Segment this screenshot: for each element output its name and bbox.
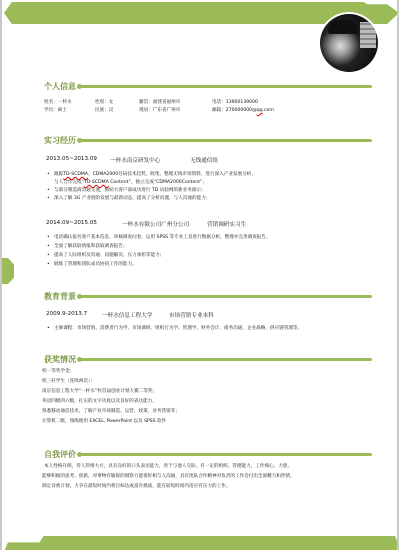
edu-courses: 主修课程：市场营销、消费者行为学、市场调研、组织行为学、管理学、财务会计、商务沟… bbox=[54, 325, 302, 332]
self-eval-line: 本人性格开朗，待人热情大方，具有良好的口头表达能力，善于与他人交际，有一定的组织… bbox=[44, 463, 292, 470]
section-title: 自我评价 bbox=[44, 449, 76, 460]
section-header-personal: 个人信息 bbox=[44, 81, 192, 92]
edu-major: 市场营销专业本科 bbox=[169, 311, 214, 319]
job-bullet: 锻炼了管理和团队成员协同工作的能力。 bbox=[54, 261, 137, 268]
job-bullet: 全面了解获取情报和获取调查报告； bbox=[54, 243, 128, 250]
education-field: 学历：硕士 bbox=[44, 107, 67, 114]
section-divider bbox=[80, 453, 372, 456]
award-item: 校一等奖学金； bbox=[42, 368, 74, 375]
self-eval-line: 能够积极的思考、创新，对事物有敏锐的洞察力能很好相与人沟通，具有团队合作精神对负… bbox=[42, 473, 295, 480]
section-header-internship: 实习经历 bbox=[44, 135, 192, 146]
section-divider bbox=[80, 139, 372, 142]
award-item: 计算机二级，熟练使用 EXCEL, PowerPoint 以及 SPSS 软件 bbox=[42, 418, 166, 425]
job-period: 2014.09~2015.05 bbox=[46, 220, 97, 226]
bullet-term: TD-SCDMA bbox=[84, 180, 109, 185]
phone-field: 电话：13900139000 bbox=[212, 99, 258, 106]
gender-field: 性别：女 bbox=[95, 99, 113, 106]
section-title: 实习经历 bbox=[44, 135, 76, 146]
award-item: 南京信息工程大学“一杯水”杯首届创业计划大赛二等奖； bbox=[42, 388, 157, 395]
job-role: 无线通信组 bbox=[190, 156, 218, 164]
award-item: 熟悉移动通信技术，了解产业市场制造、运营、政策、业务营销等； bbox=[42, 408, 180, 415]
job-bullet-continued: 与人合作完成“TD-SCDMA Content”，独立完成“CDMA2000Co… bbox=[54, 179, 207, 186]
section-title: 教育背景 bbox=[44, 291, 76, 302]
footer-banner bbox=[4, 536, 397, 550]
bullet-text: 、CDMA2000号码技术趋势，收集、整理无线市场资料，进行深入产业发展分析， bbox=[88, 172, 256, 177]
avatar bbox=[318, 12, 380, 74]
award-item: 英语四级四六级，扎实的文字功底以及良好的表达能力， bbox=[42, 398, 157, 405]
job-period: 2013.05~2013.09 bbox=[46, 156, 97, 162]
resume-page: 个人信息 姓名：一杯水 性别：女 籍贯：福建省福州市 电话：1390013900… bbox=[2, 0, 397, 550]
section-divider bbox=[80, 358, 372, 361]
section-header-self-eval: 自我评价 bbox=[44, 449, 192, 460]
edu-period: 2009.9-2013.7 bbox=[46, 311, 87, 317]
self-eval-line: 制定详密计划，力争在最短时间内将目标达成富有挑战，能在较短时间内适应有压力的工作… bbox=[42, 483, 230, 490]
email-suffix: .com bbox=[263, 108, 274, 113]
job-role: 营销调研实习生 bbox=[207, 220, 246, 228]
email-local: 270000000@ bbox=[226, 108, 257, 113]
residence-field: 现居：广东省广州市 bbox=[139, 107, 180, 114]
section-header-education: 教育背景 bbox=[44, 291, 192, 302]
name-field: 姓名：一杯水 bbox=[44, 99, 72, 106]
section-header-awards: 获奖情况 bbox=[44, 354, 192, 365]
job-bullet: 提高了人际组织及沟通、问题解决、压力承担等能力； bbox=[54, 252, 164, 259]
bullet-text: Content”，独立完成“CDMA2000Content”； bbox=[109, 180, 207, 185]
job-bullet: 深入了解 3G 产业链的发展与最新动态，提高了分析问题，与人沟通的能力； bbox=[54, 195, 210, 202]
section-divider bbox=[80, 85, 372, 88]
job-org: 一杯水南京研发中心 bbox=[110, 156, 160, 164]
section-title: 获奖情况 bbox=[44, 354, 76, 365]
section-title: 个人信息 bbox=[44, 81, 76, 92]
email-label: 邮箱： bbox=[212, 108, 226, 113]
edu-school: 一杯水信息工程大学 bbox=[102, 311, 152, 319]
job-bullet: 电话确认报名客户基本信息，审核调查问卷，运用 SPSS 等专业工具进行数据分析，… bbox=[54, 234, 271, 241]
bullet-text: 跟踪 bbox=[54, 172, 63, 177]
bullet-term: TD-SCDMA bbox=[63, 172, 88, 177]
profile-photo bbox=[320, 14, 378, 72]
job-org: 一杯水有限公司广州分公司 bbox=[122, 220, 189, 228]
side-tab-decoration bbox=[2, 258, 14, 284]
job-bullet: 跟踪TD-SCDMA、CDMA2000号码技术趋势，收集、整理无线市场资料，进行… bbox=[54, 171, 256, 178]
award-item: 校三好学生（连续两次）； bbox=[42, 378, 95, 385]
ethnicity-field: 民族：汉 bbox=[95, 107, 113, 114]
section-divider bbox=[80, 295, 372, 298]
job-bullet: 与部分制造商沟通交流，协助大客户部成功进行 TD 试验网的新业务演示； bbox=[54, 187, 206, 194]
bullet-text: 与人合作完成“ bbox=[54, 180, 84, 185]
hometown-field: 籍贯：福建省福州市 bbox=[139, 99, 180, 106]
email-field: 邮箱：270000000@qq.com bbox=[212, 107, 274, 114]
